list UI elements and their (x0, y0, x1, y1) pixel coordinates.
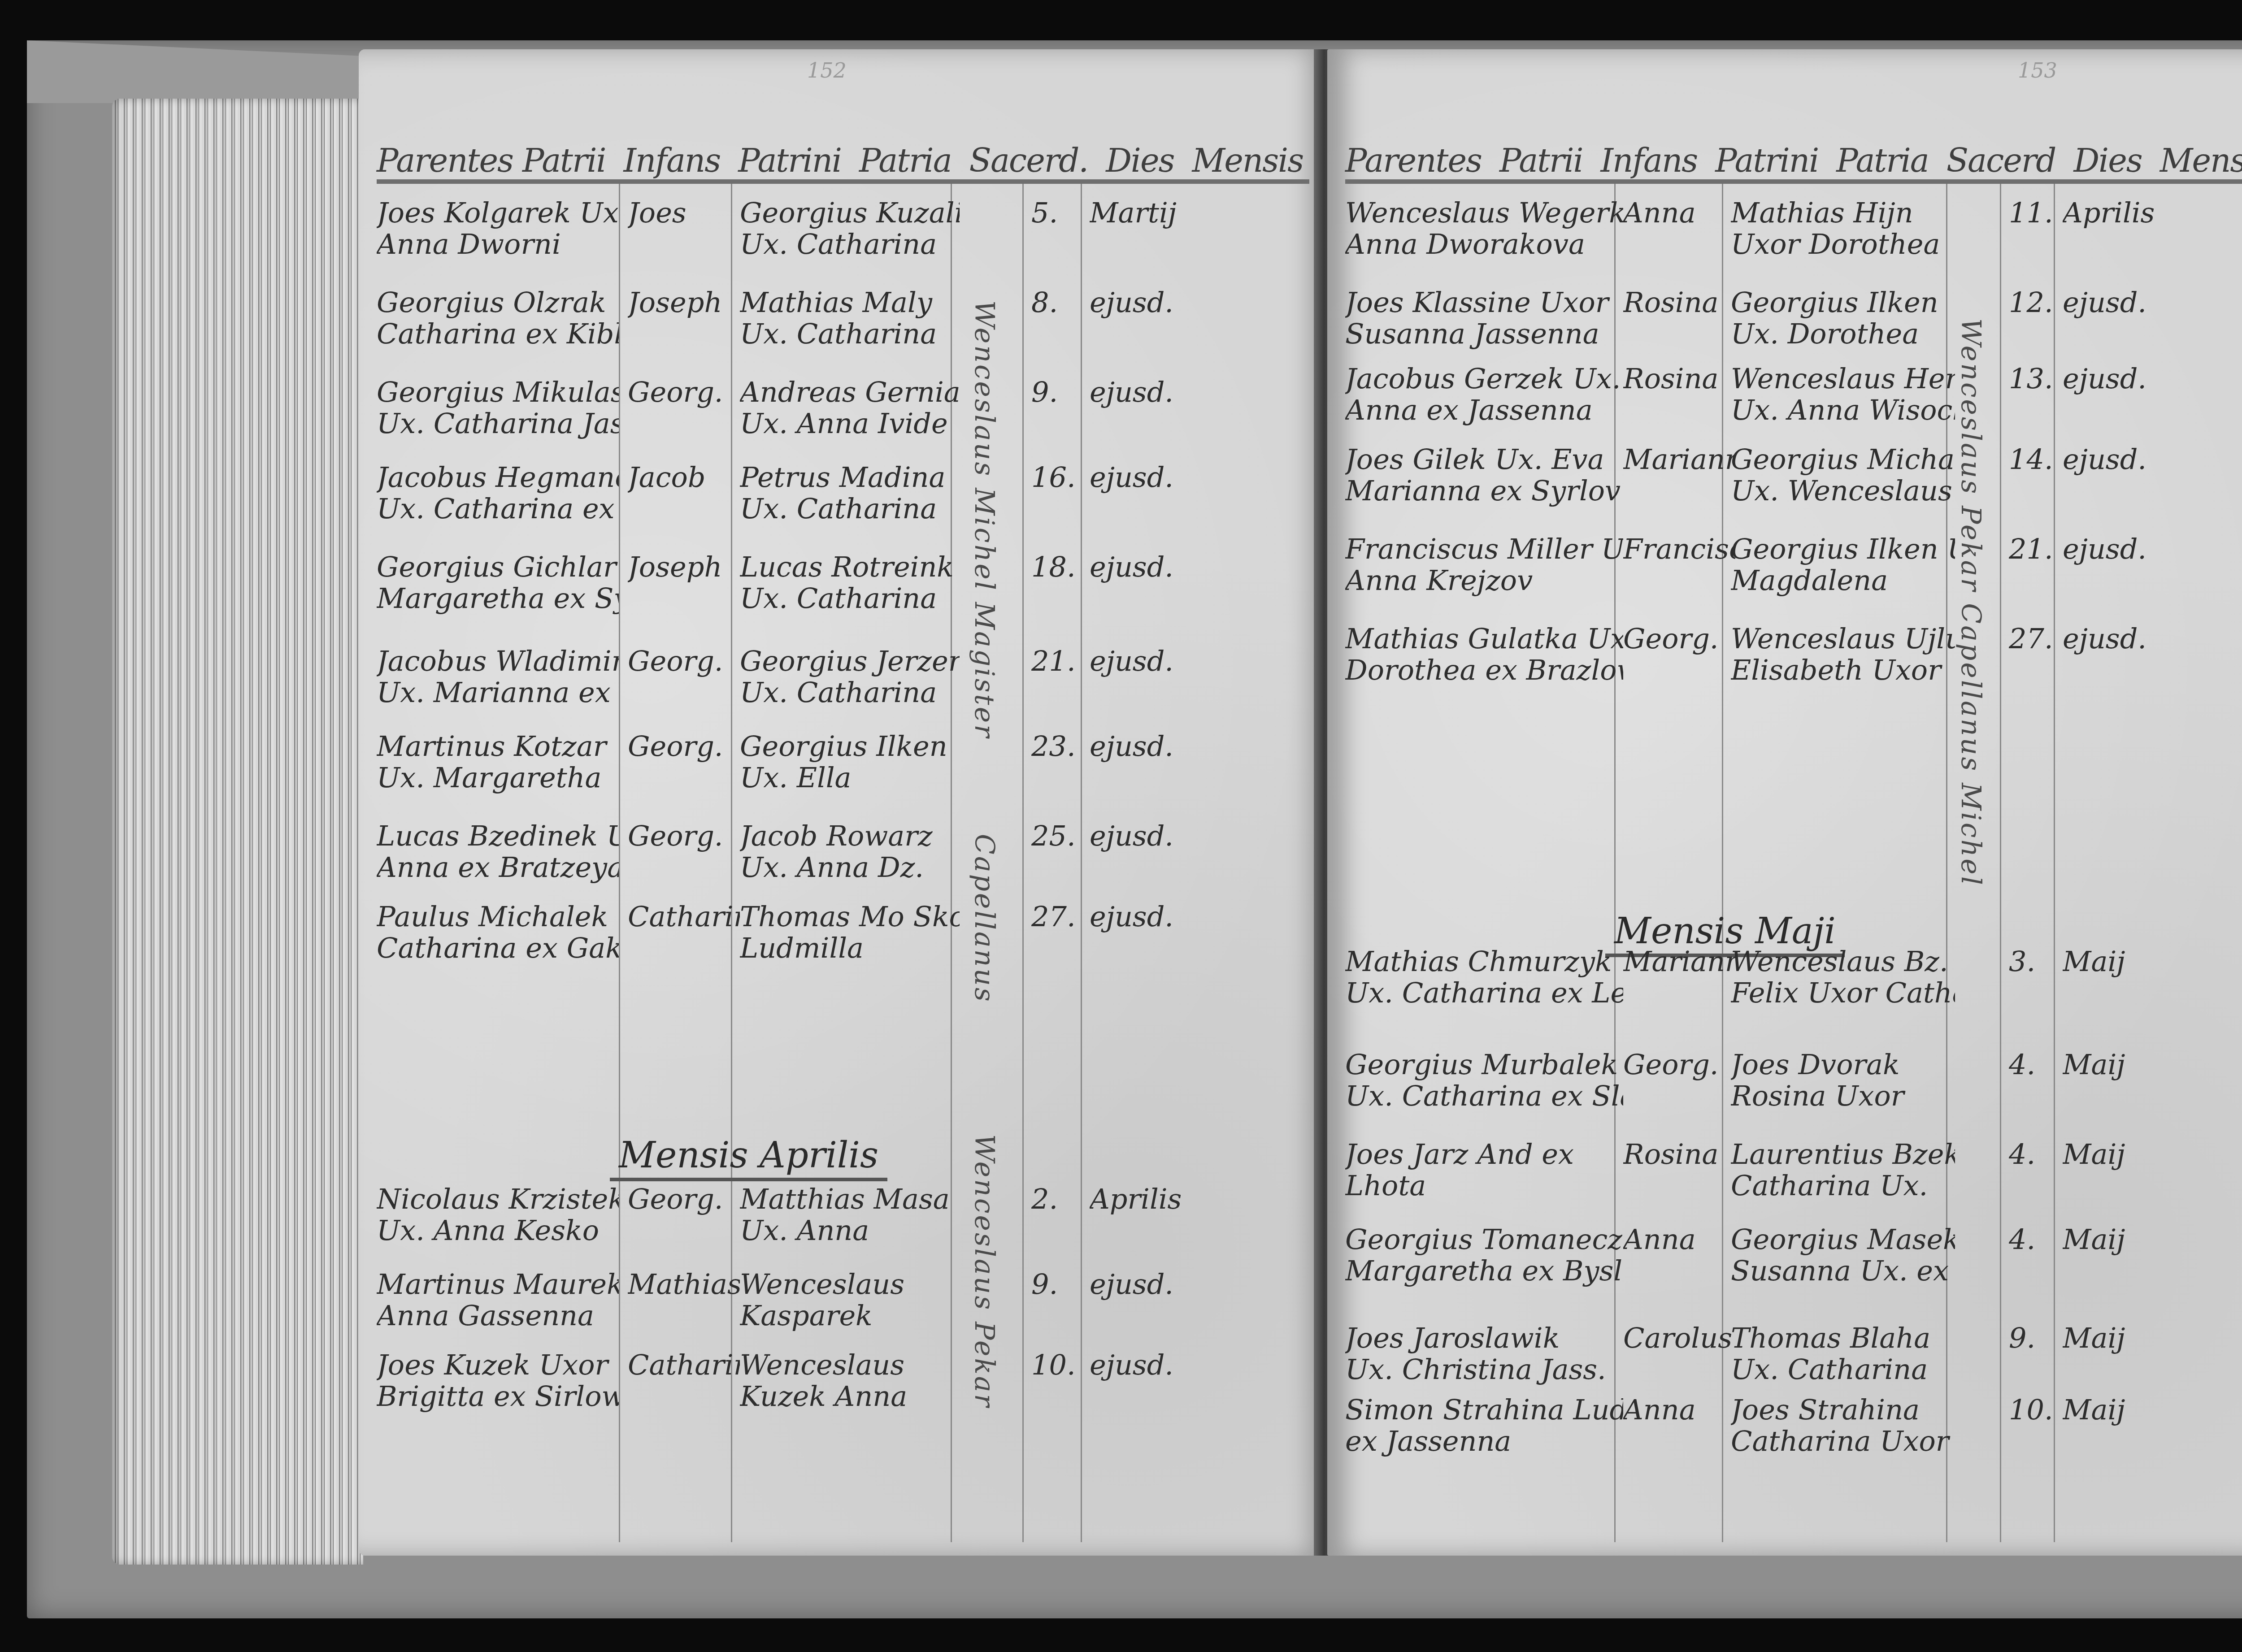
parents-cell: Joes Jarz And exLhota (1345, 1139, 1623, 1201)
day-cell: 21. (1031, 646, 1094, 677)
infant-cell: Georg. (628, 377, 740, 408)
godparents-cell-text: Ux. Anna Dz. (740, 852, 960, 883)
parents-cell: Georgius GichlarMargaretha ex Syrlov (377, 551, 619, 614)
month-cell: Maij (2063, 1394, 2224, 1426)
parents-cell-text: Jacobus Gerzek Ux. Gius (1345, 363, 1623, 395)
parents-cell: Joes Kolgarek Ux.Anna Dworni (377, 197, 619, 260)
godparents-cell-text: Ux. Catharina (740, 493, 960, 525)
godparents-cell-text: Ux. Catharina (740, 318, 960, 350)
folio-number: 152 (807, 58, 847, 82)
parents-cell-text: Georgius Tomanecz (1345, 1224, 1623, 1255)
godparents-cell-text: Jacob Rowarz (740, 820, 960, 852)
header-sacerdos: Sacerd. (969, 142, 1088, 179)
parents-cell-text: Joes Kolgarek Ux. (377, 197, 619, 229)
infant-cell-text: Georg. (1623, 623, 1735, 655)
header-patria: Patria (859, 142, 951, 179)
godparents-cell-text: Ux. Wenceslaus Kasparek (1731, 475, 1955, 507)
right-page: 153 Parentes Patrii Infans Patrini Patri… (1327, 49, 2242, 1556)
godparents-cell: Georgius MichalekUx. Wenceslaus Kasparek (1731, 444, 1955, 507)
day-cell-text: 9. (2009, 1322, 2072, 1354)
parents-cell: Mathias ChmurzykUx. Catharina ex Lessov (1345, 946, 1623, 1009)
godparents-cell-text: Georgius Ilken (740, 731, 960, 762)
header-patrii: Patrii (1499, 142, 1583, 179)
parents-cell-text: Mathias Chmurzyk (1345, 946, 1623, 977)
infant-cell-text: Marianna (1623, 946, 1735, 977)
parents-cell-text: Joes Jaroslawik (1345, 1322, 1623, 1354)
parents-cell-text: ex Jassenna (1345, 1426, 1623, 1457)
infant-cell-text: Catharina (628, 901, 740, 932)
month-cell-text: Maij (2063, 1394, 2224, 1426)
header-dies: Dies (1106, 142, 1174, 179)
infant-cell-text: Joseph (628, 287, 740, 318)
godparents-cell-text: Georgius Kuzalix (740, 197, 960, 229)
parents-cell-text: Lucas Bzedinek Ux. (377, 820, 619, 852)
day-cell-text: 10. (2009, 1394, 2072, 1426)
godparents-cell-text: Thomas Blaha (1731, 1322, 1955, 1354)
parents-cell-text: Ux. Catharina Jasko (377, 408, 619, 439)
infant-cell: Joseph (628, 551, 740, 583)
infant-cell: Anna (1623, 197, 1735, 229)
godparents-cell-text: Magdalena (1731, 565, 1955, 596)
parents-cell-text: Jacobus Wladimirek (377, 646, 619, 677)
godparents-cell: Georgius MasekSusanna Ux. ex Volo (1731, 1224, 1955, 1287)
infant-cell: Georg. (628, 646, 740, 677)
header-mensis: Mensis (2160, 142, 2242, 179)
parents-cell-text: Simon Strahina Ludmilla (1345, 1394, 1623, 1426)
godparents-cell-text: Wenceslaus (740, 1269, 960, 1300)
parents-cell-text: Ux. Catharina ex Slaug (1345, 1080, 1623, 1112)
header-patrini: Patrini (1715, 142, 1818, 179)
parents-cell: Jacobus HegmanekUx. Catharina ex Bran (377, 462, 619, 525)
sacerdos-vertical: Wenceslaus Pekar Capellanus Michel (1955, 318, 1986, 887)
day-cell: 27. (1031, 901, 1094, 932)
month-cell: ejusd. (2063, 623, 2224, 655)
parents-cell-text: Joes Kuzek Uxor (377, 1349, 619, 1381)
day-cell: 4. (2009, 1224, 2072, 1255)
godparents-cell-text: Andreas Gernia (740, 377, 960, 408)
infant-cell-text: Georg. (1623, 1049, 1735, 1080)
parents-cell: Jacobus Gerzek Ux. GiusAnna ex Jassenna (1345, 363, 1623, 426)
parents-cell-text: Mathias Gulatka Ux. (1345, 623, 1623, 655)
infant-cell-text: Rosina (1623, 363, 1735, 395)
day-cell: 27. (2009, 623, 2072, 655)
godparents-cell-text: Joes Dvorak (1731, 1049, 1955, 1080)
month-cell-text: Maij (2063, 1224, 2224, 1255)
day-cell: 12. (2009, 287, 2072, 318)
day-cell: 3. (2009, 946, 2072, 977)
parents-cell-text: Dorothea ex Brazlow (1345, 655, 1623, 686)
infant-cell: Catharina (628, 901, 740, 932)
column-rule (2000, 184, 2001, 1542)
godparents-cell: Joes StrahinaCatharina Uxor sua (1731, 1394, 1955, 1457)
month-cell-text: ejusd. (1090, 901, 1260, 932)
month-cell-text: ejusd. (2063, 363, 2224, 395)
month-cell-text: ejusd. (1090, 646, 1260, 677)
infant-cell: Rosina (1623, 363, 1735, 395)
parents-cell-text: Ux. Christina Jass. (1345, 1354, 1623, 1385)
parents-cell: Wenceslaus Wegerka Ux.Anna Dworakova (1345, 197, 1623, 260)
day-cell: 18. (1031, 551, 1094, 583)
folio-number: 153 (2018, 58, 2057, 82)
day-cell: 13. (2009, 363, 2072, 395)
infant-cell-text: Marianna (1623, 444, 1735, 475)
left-page-edges (112, 99, 363, 1565)
parents-cell-text: Susanna Jassenna (1345, 318, 1623, 350)
infant-cell-text: Mathias (628, 1269, 740, 1300)
godparents-cell: Joes DvorakRosina Uxor (1731, 1049, 1955, 1112)
month-cell-text: Aprilis (1090, 1184, 1260, 1215)
infant-cell-text: Carolus (1623, 1322, 1735, 1354)
month-cell-text: ejusd. (1090, 1269, 1260, 1300)
day-cell: 16. (1031, 462, 1094, 493)
godparents-cell-text: Catharina Uxor sua (1731, 1426, 1955, 1457)
parents-cell-text: Jacobus Hegmanek (377, 462, 619, 493)
godparents-cell-text: Mathias Maly (740, 287, 960, 318)
godparents-cell: WenceslausKuzek Anna (740, 1349, 960, 1412)
godparents-cell: Wenceslaus UjlulitzElisabeth Uxor (1731, 623, 1955, 686)
godparents-cell-text: Georgius Ilken (1731, 287, 1955, 318)
infant-cell-text: Georg. (628, 820, 740, 852)
godparents-cell: Petrus MadinaUx. Catharina (740, 462, 960, 525)
day-cell-text: 21. (1031, 646, 1094, 677)
infant-cell: Anna (1623, 1394, 1735, 1426)
infant-cell: Joes (628, 197, 740, 229)
godparents-cell-text: Ux. Ella (740, 762, 960, 793)
parents-cell-text: Margaretha ex Syrlov (377, 583, 619, 614)
infant-cell: Georg. (628, 1184, 740, 1215)
column-header: Parentes Patrii Infans Patrini Patria Sa… (377, 117, 1309, 184)
infant-cell: Rosina (1623, 287, 1735, 318)
parents-cell: Lucas Bzedinek Ux.Anna ex Bratzeyas (377, 820, 619, 883)
month-cell-text: Maij (2063, 1139, 2224, 1170)
parents-cell-text: Anna Gassenna (377, 1300, 619, 1331)
day-cell-text: 12. (2009, 287, 2072, 318)
infant-cell: Rosina (1623, 1139, 1735, 1170)
day-cell-text: 4. (2009, 1139, 2072, 1170)
left-page: 152 Parentes Patrii Infans Patrini Patri… (359, 49, 1327, 1556)
parents-cell: Joes Klassine UxorSusanna Jassenna (1345, 287, 1623, 350)
infant-cell-text: Francisca (1623, 533, 1735, 565)
godparents-cell: Lucas RotreinkUx. Catharina (740, 551, 960, 614)
infant-cell-text: Anna (1623, 197, 1735, 229)
month-cell-text: ejusd. (2063, 623, 2224, 655)
month-cell-text: ejusd. (1090, 731, 1260, 762)
month-cell: ejusd. (1090, 820, 1260, 852)
godparents-cell-text: Joes Strahina (1731, 1394, 1955, 1426)
parents-cell-text: Georgius Mikulasek (377, 377, 619, 408)
godparents-cell: Thomas Mo SkoLudmilla (740, 901, 960, 964)
godparents-cell: Georgius IlkenUx. Ella (740, 731, 960, 793)
month-cell: Maij (2063, 1139, 2224, 1170)
parents-cell-text: Anna Dworni (377, 229, 619, 260)
parents-cell-text: Georgius Gichlar (377, 551, 619, 583)
parents-cell-text: Ux. Marianna ex Bratzeyas (377, 677, 619, 708)
day-cell-text: 9. (1031, 1269, 1094, 1300)
month-cell: ejusd. (2063, 287, 2224, 318)
godparents-cell: Georgius JerzeraUx. Catharina (740, 646, 960, 708)
godparents-cell-text: Georgius Michalek (1731, 444, 1955, 475)
parents-cell-text: Margaretha ex Byslov (1345, 1255, 1623, 1287)
infant-cell: Georg. (1623, 623, 1735, 655)
day-cell-text: 3. (2009, 946, 2072, 977)
infant-cell: Mathias (628, 1269, 740, 1300)
month-cell-text: Aprilis (2063, 197, 2224, 229)
godparents-cell-text: Ux. Dorothea (1731, 318, 1955, 350)
month-cell: ejusd. (2063, 533, 2224, 565)
infant-cell: Jacob (628, 462, 740, 493)
parents-cell-text: Anna ex Jassenna (1345, 395, 1623, 426)
month-cell: Maij (2063, 946, 2224, 977)
day-cell-text: 16. (1031, 462, 1094, 493)
month-cell-text: ejusd. (2063, 287, 2224, 318)
month-cell: ejusd. (1090, 287, 1260, 318)
godparents-cell-text: Kasparek (740, 1300, 960, 1331)
day-cell: 9. (2009, 1322, 2072, 1354)
month-cell: ejusd. (1090, 731, 1260, 762)
parents-cell-text: Marianna ex Syrlov (1345, 475, 1623, 507)
parents-cell: Paulus Michalek Ux.Catharina ex Gakow (377, 901, 619, 964)
parents-cell-text: Georgius Olzrak (377, 287, 619, 318)
godparents-cell-text: Lucas Rotreink (740, 551, 960, 583)
day-cell: 4. (2009, 1139, 2072, 1170)
month-cell: ejusd. (1090, 377, 1260, 408)
month-cell-text: Maij (2063, 1049, 2224, 1080)
month-cell: Aprilis (1090, 1184, 1260, 1215)
day-cell: 25. (1031, 820, 1094, 852)
infant-cell-text: Catharina (628, 1349, 740, 1381)
godparents-cell-text: Felix Uxor Catharina (1731, 977, 1955, 1009)
parents-cell-text: Joes Jarz And ex (1345, 1139, 1623, 1170)
godparents-cell-text: Catharina Ux. (1731, 1170, 1955, 1201)
godparents-cell-text: Ux. Anna Ivide (740, 408, 960, 439)
day-cell-text: 11. (2009, 197, 2072, 229)
day-cell: 23. (1031, 731, 1094, 762)
month-cell: Maij (2063, 1322, 2224, 1354)
parents-cell-text: Martinus Maurek Ux. (377, 1269, 619, 1300)
day-cell-text: 27. (1031, 901, 1094, 932)
godparents-cell-text: Mathias Hijn (1731, 197, 1955, 229)
parents-cell: Georgius TomaneczMargaretha ex Byslov (1345, 1224, 1623, 1287)
infant-cell: Georg. (1623, 1049, 1735, 1080)
parents-cell-text: Ux. Catharina ex Lessov (1345, 977, 1623, 1009)
infant-cell-text: Georg. (628, 1184, 740, 1215)
parents-cell: Joes Kuzek UxorBrigitta ex Sirlow (377, 1349, 619, 1412)
month-cell: ejusd. (2063, 444, 2224, 475)
month-cell: ejusd. (2063, 363, 2224, 395)
parents-cell: Franciscus Miller Ux.Anna Krejzov (1345, 533, 1623, 596)
day-cell: 10. (2009, 1394, 2072, 1426)
parents-cell: Joes Gilek Ux. EvaMarianna ex Syrlov (1345, 444, 1623, 507)
godparents-cell-text: Petrus Madina (740, 462, 960, 493)
column-rule (619, 184, 620, 1542)
month-cell-text: Maij (2063, 946, 2224, 977)
sacerdos-vertical: Capellanus (969, 834, 1000, 1003)
godparents-cell-text: Kuzek Anna (740, 1381, 960, 1412)
infant-cell-text: Joseph (628, 551, 740, 583)
infant-cell: Carolus (1623, 1322, 1735, 1354)
parents-cell-text: Joes Gilek Ux. Eva (1345, 444, 1623, 475)
godparents-cell-text: Rosina Uxor (1731, 1080, 1955, 1112)
day-cell: 9. (1031, 377, 1094, 408)
month-cell-text: Martij (1090, 197, 1260, 229)
parents-cell-text: Martinus Kotzar (377, 731, 619, 762)
godparents-cell-text: Georgius Ilken Uxor (1731, 533, 1955, 565)
godparents-cell-text: Uxor Dorothea (1731, 229, 1955, 260)
day-cell-text: 27. (2009, 623, 2072, 655)
month-cell: ejusd. (1090, 1349, 1260, 1381)
month-cell-text: ejusd. (1090, 551, 1260, 583)
godparents-cell-text: Ux. Anna Wisocka (1731, 395, 1955, 426)
godparents-cell: Andreas GerniaUx. Anna Ivide (740, 377, 960, 439)
day-cell-text: 2. (1031, 1184, 1094, 1215)
parents-cell-text: Ux. Catharina ex Bran (377, 493, 619, 525)
godparents-cell: Matthias MasaUx. Anna (740, 1184, 960, 1246)
infant-cell: Francisca (1623, 533, 1735, 565)
parents-cell: Georgius MurbalekUx. Catharina ex Slaug (1345, 1049, 1623, 1112)
infant-cell-text: Jacob (628, 462, 740, 493)
infant-cell: Catharina (628, 1349, 740, 1381)
godparents-cell: Laurentius BzekCatharina Ux. (1731, 1139, 1955, 1201)
godparents-cell-text: Susanna Ux. ex Volo (1731, 1255, 1955, 1287)
godparents-cell-text: Ux. Catharina (1731, 1354, 1955, 1385)
infant-cell: Georg. (628, 820, 740, 852)
day-cell: 9. (1031, 1269, 1094, 1300)
godparents-cell-text: Laurentius Bzek (1731, 1139, 1955, 1170)
infant-cell: Georg. (628, 731, 740, 762)
month-cell-text: ejusd. (1090, 462, 1260, 493)
parents-cell-text: Nicolaus Krzistek (377, 1184, 619, 1215)
parents-cell-text: Ux. Anna Kesko (377, 1215, 619, 1246)
day-cell: 21. (2009, 533, 2072, 565)
header-parentes: Parentes (1345, 142, 1482, 179)
infant-cell-text: Rosina (1623, 287, 1735, 318)
month-cell-text: ejusd. (1090, 377, 1260, 408)
month-cell-text: Maij (2063, 1322, 2224, 1354)
godparents-cell-text: Ludmilla (740, 932, 960, 964)
month-cell-text: ejusd. (1090, 820, 1260, 852)
parents-cell-text: Wenceslaus Wegerka Ux. (1345, 197, 1623, 229)
infant-cell-text: Joes (628, 197, 740, 229)
infant-cell: Marianna (1623, 444, 1735, 475)
month-cell: ejusd. (1090, 1269, 1260, 1300)
month-cell: ejusd. (1090, 551, 1260, 583)
godparents-cell-text: Ux. Anna (740, 1215, 960, 1246)
infant-cell-text: Anna (1623, 1394, 1735, 1426)
month-cell: Maij (2063, 1049, 2224, 1080)
parents-cell-text: Paulus Michalek Ux. (377, 901, 619, 932)
day-cell-text: 9. (1031, 377, 1094, 408)
header-sacerdos: Sacerd (1947, 142, 2056, 179)
infant-cell: Marianna (1623, 946, 1735, 977)
parents-cell-text: Anna Krejzov (1345, 565, 1623, 596)
infant-cell-text: Georg. (628, 377, 740, 408)
godparents-cell-text: Ux. Catharina (740, 229, 960, 260)
godparents-cell: Mathias HijnUxor Dorothea (1731, 197, 1955, 260)
day-cell-text: 18. (1031, 551, 1094, 583)
parents-cell: Jacobus WladimirekUx. Marianna ex Bratze… (377, 646, 619, 708)
godparents-cell-text: Elisabeth Uxor (1731, 655, 1955, 686)
infant-cell: Anna (1623, 1224, 1735, 1255)
header-infans: Infans (1601, 142, 1698, 179)
infant-cell: Joseph (628, 287, 740, 318)
godparents-cell-text: Matthias Masa (740, 1184, 960, 1215)
sacerdos-vertical: Wenceslaus Michel Magister (969, 300, 1000, 739)
godparents-cell: Wenceslaus Bz.Felix Uxor Catharina (1731, 946, 1955, 1009)
godparents-cell-text: Thomas Mo Sko (740, 901, 960, 932)
parents-cell-text: Anna Dworakova (1345, 229, 1623, 260)
day-cell-text: 25. (1031, 820, 1094, 852)
parents-cell: Georgius OlzrakCatharina ex Kiblo (377, 287, 619, 350)
header-patrini: Patrini (738, 142, 841, 179)
header-parentes: Parentes Patrii (377, 142, 605, 179)
parents-cell: Mathias Gulatka Ux.Dorothea ex Brazlow (1345, 623, 1623, 686)
parents-cell-text: Catharina ex Gakow (377, 932, 619, 964)
godparents-cell-text: Wenceslaus Hermia (1731, 363, 1955, 395)
month-cell-text: ejusd. (2063, 444, 2224, 475)
godparents-cell: Mathias MalyUx. Catharina (740, 287, 960, 350)
parents-cell-text: Brigitta ex Sirlow (377, 1381, 619, 1412)
parents-cell-text: Lhota (1345, 1170, 1623, 1201)
day-cell-text: 4. (2009, 1049, 2072, 1080)
parents-cell-text: Anna ex Bratzeyas (377, 852, 619, 883)
day-cell: 14. (2009, 444, 2072, 475)
parents-cell-text: Ux. Margaretha (377, 762, 619, 793)
godparents-cell-text: Wenceslaus Ujlulitz (1731, 623, 1955, 655)
header-infans: Infans (623, 142, 720, 179)
sacerdos-vertical: Wenceslaus Pekar (969, 1134, 1000, 1409)
parents-cell: Georgius MikulasekUx. Catharina Jasko (377, 377, 619, 439)
day-cell-text: 4. (2009, 1224, 2072, 1255)
day-cell: 10. (1031, 1349, 1094, 1381)
day-cell: 8. (1031, 287, 1094, 318)
month-cell-text: ejusd. (1090, 287, 1260, 318)
month-cell: ejusd. (1090, 901, 1260, 932)
godparents-cell-text: Georgius Jerzera (740, 646, 960, 677)
infant-cell-text: Rosina (1623, 1139, 1735, 1170)
header-mensis: Mensis (1192, 142, 1303, 179)
day-cell-text: 10. (1031, 1349, 1094, 1381)
godparents-cell: WenceslausKasparek (740, 1269, 960, 1331)
parents-cell-text: Georgius Murbalek (1345, 1049, 1623, 1080)
infant-cell-text: Georg. (628, 646, 740, 677)
day-cell-text: 23. (1031, 731, 1094, 762)
parents-cell: Simon Strahina Ludmillaex Jassenna (1345, 1394, 1623, 1457)
godparents-cell: Georgius IlkenUx. Dorothea (1731, 287, 1955, 350)
godparents-cell: Jacob RowarzUx. Anna Dz. (740, 820, 960, 883)
month-cell-text: ejusd. (2063, 533, 2224, 565)
parents-cell-text: Joes Klassine Uxor (1345, 287, 1623, 318)
header-patria: Patria (1836, 142, 1928, 179)
month-heading: Mensis Aprilis (610, 1134, 887, 1181)
parents-cell: Martinus Maurek Ux.Anna Gassenna (377, 1269, 619, 1331)
godparents-cell-text: Wenceslaus Bz. (1731, 946, 1955, 977)
day-cell: 2. (1031, 1184, 1094, 1215)
godparents-cell-text: Wenceslaus (740, 1349, 960, 1381)
parents-cell-text: Franciscus Miller Ux. (1345, 533, 1623, 565)
column-rule (1022, 184, 1024, 1542)
month-cell: ejusd. (1090, 462, 1260, 493)
day-cell: 11. (2009, 197, 2072, 229)
godparents-cell: Wenceslaus HermiaUx. Anna Wisocka (1731, 363, 1955, 426)
header-dies: Dies (2073, 142, 2142, 179)
day-cell-text: 14. (2009, 444, 2072, 475)
day-cell: 4. (2009, 1049, 2072, 1080)
day-cell-text: 8. (1031, 287, 1094, 318)
parents-cell: Nicolaus KrzistekUx. Anna Kesko (377, 1184, 619, 1246)
parents-cell: Joes JaroslawikUx. Christina Jass. (1345, 1322, 1623, 1385)
month-cell: Maij (2063, 1224, 2224, 1255)
month-cell: Martij (1090, 197, 1260, 229)
